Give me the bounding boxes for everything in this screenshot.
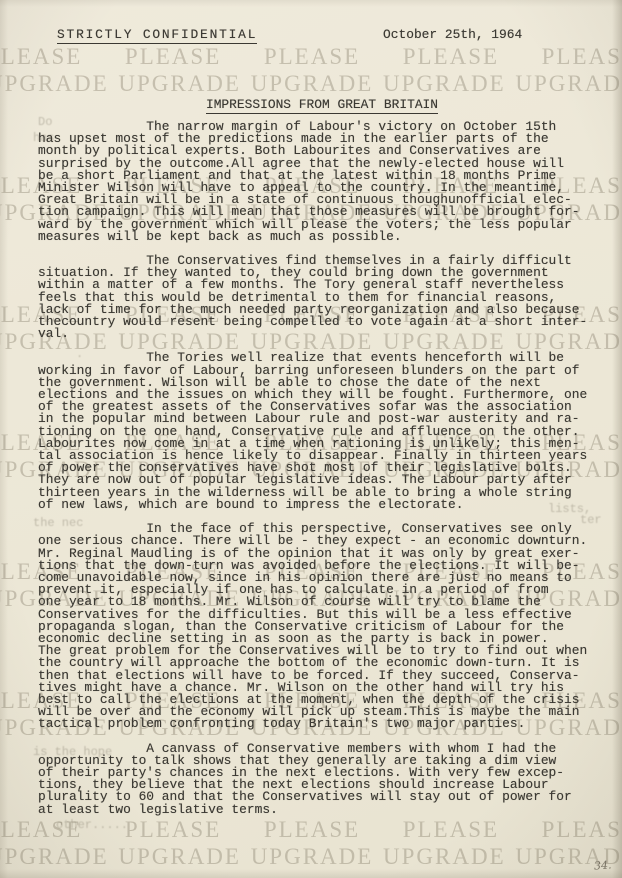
page-title: IMPRESSIONS FROM GREAT BRITAIN [206, 97, 438, 114]
watermark-row: PLEASEPLEASEPLEASEPLEASEPLEASE [0, 45, 622, 68]
paragraph: The Conservatives find themselves in a f… [38, 255, 608, 340]
watermark-word: UPGRADE [251, 845, 374, 868]
watermark-word: PLEASE [403, 45, 499, 68]
title-row: IMPRESSIONS FROM GREAT BRITAIN [0, 95, 622, 114]
watermark-word: UPGRADE [0, 72, 109, 95]
watermark-word: PLEASE [125, 45, 221, 68]
watermark-word: UPGRADE [383, 72, 506, 95]
paragraph: In the face of this perspective, Conserv… [38, 523, 608, 730]
document-page: PLEASEPLEASEPLEASEPLEASEPLEASEUPGRADEUPG… [0, 0, 622, 878]
watermark-word: UPGRADE [118, 845, 241, 868]
watermark-word: UPGRADE [383, 845, 506, 868]
paragraph: The narrow margin of Labour's victory on… [38, 121, 608, 243]
watermark-word: PLEASE [0, 45, 82, 68]
document-body: The narrow margin of Labour's victory on… [38, 121, 608, 828]
watermark-word: UPGRADE [251, 72, 374, 95]
paragraph: The Tories well realize that events henc… [38, 352, 608, 511]
watermark-row: UPGRADEUPGRADEUPGRADEUPGRADEUPGRADE [0, 845, 622, 868]
watermark-word: PLEASE [542, 45, 622, 68]
paragraph: A canvass of Conservative members with w… [38, 743, 608, 816]
classification-stamp: STRICTLY CONFIDENTIAL [57, 27, 257, 44]
watermark-row: UPGRADEUPGRADEUPGRADEUPGRADEUPGRADE [0, 72, 622, 95]
watermark-word: UPGRADE [118, 72, 241, 95]
handwritten-page-number: 34. [594, 858, 612, 872]
watermark-word: PLEASE [264, 45, 360, 68]
watermark-word: UPGRADE [515, 72, 622, 95]
watermark-word: UPGRADE [0, 845, 109, 868]
document-date: October 25th, 1964 [383, 27, 522, 42]
